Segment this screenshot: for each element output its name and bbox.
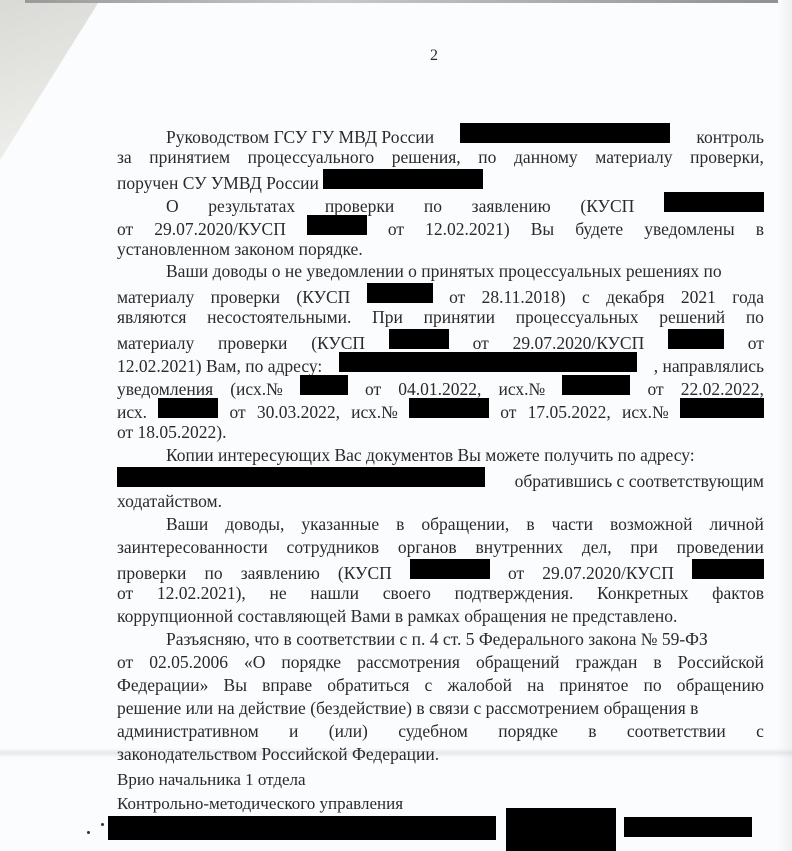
redaction-block	[389, 329, 449, 349]
redacted-initials	[624, 817, 752, 837]
text-fragment: будете	[575, 218, 623, 240]
text-line: являютсянесостоятельными.Припринятиипроц…	[117, 306, 764, 328]
redaction-block	[562, 375, 630, 395]
text-fragment: от	[473, 332, 489, 354]
text-fragment: проведении	[677, 536, 764, 558]
text-fragment: ходатайством.	[117, 490, 222, 512]
text-fragment: возможной	[610, 513, 693, 535]
text-fragment: проверки	[117, 562, 186, 584]
text-line: проверкипозаявлению(КУСПот29.07.2020/КУС…	[117, 559, 764, 584]
text-fragment: судебном	[398, 720, 468, 742]
text-fragment: решений	[659, 306, 725, 328]
redaction-block	[323, 169, 483, 189]
text-fragment: органов	[398, 536, 457, 558]
text-fragment: не	[270, 582, 287, 604]
text-line: от29.07.2020/КУСПот12.02.2021)Выбудетеув…	[117, 215, 764, 240]
redaction-block	[460, 123, 670, 143]
text-fragment: на	[527, 674, 544, 696]
text-line: материалупроверки(КУСПот29.07.2020/КУСПо…	[117, 329, 764, 354]
text-line: установленном законом порядке.	[117, 238, 764, 260]
text-line: от 18.05.2022).	[117, 421, 764, 443]
text-fragment: решения,	[392, 146, 461, 168]
text-line: уведомления(исх.№от04.01.2022,исх.№от22.…	[117, 375, 764, 400]
text-fragment: и	[289, 720, 298, 742]
redaction-block	[692, 559, 764, 579]
text-fragment: коррупционной составляющей Вами в рамках…	[117, 605, 677, 627]
text-fragment: от	[500, 401, 516, 423]
text-fragment: от	[388, 218, 404, 240]
text-fragment: от	[117, 582, 133, 604]
text-line: Разъясняю, что в соответствии с п. 4 ст.…	[166, 628, 764, 650]
text-fragment: процессуальных	[516, 306, 639, 328]
text-fragment: от	[229, 401, 245, 423]
page-number: 2	[430, 47, 438, 65]
text-fragment: проверки	[218, 332, 287, 354]
text-fragment: своего	[383, 582, 431, 604]
text-fragment: результатах	[208, 195, 295, 217]
text-fragment: внутренних	[475, 536, 563, 558]
text-fragment: от	[647, 378, 663, 400]
text-fragment: являются	[117, 306, 186, 328]
text-fragment: материалу	[117, 332, 194, 354]
text-fragment: 29.07.2020/КУСП	[513, 332, 645, 354]
text-fragment: заявлению	[472, 195, 551, 217]
text-fragment: подтверждения.	[455, 582, 574, 604]
text-fragment: обращению	[677, 674, 764, 696]
text-fragment: части	[552, 513, 593, 535]
text-fragment: по	[746, 306, 764, 328]
text-fragment: личной	[710, 513, 764, 535]
text-fragment: 28.11.2018)	[482, 286, 566, 308]
text-fragment: в	[756, 218, 764, 240]
text-line: от02.05.2006«Опорядкерассмотренияобращен…	[117, 651, 764, 673]
text-fragment: поручен СУ УМВД России	[117, 172, 319, 194]
text-fragment: от	[117, 218, 133, 240]
text-fragment: материалу	[595, 146, 672, 168]
text-fragment: Ваши доводы о не уведомлении о принятых …	[166, 260, 722, 282]
text-fragment: 2021	[681, 286, 716, 308]
redaction-block	[307, 215, 367, 235]
text-fragment: от	[508, 562, 524, 584]
text-fragment: 12.02.2021)	[425, 218, 510, 240]
text-fragment: в	[653, 651, 661, 673]
text-fragment: вправе	[262, 674, 312, 696]
text-fragment: года	[732, 286, 764, 308]
text-fragment: обращений	[476, 651, 560, 673]
text-fragment: данному	[514, 146, 578, 168]
pen-mark	[101, 823, 104, 826]
text-fragment: обратившись с соответствующим	[515, 470, 764, 492]
text-fragment: принятое	[559, 674, 628, 696]
pen-mark	[87, 831, 90, 834]
text-fragment: (КУСП	[296, 286, 350, 308]
text-fragment: Федерации»	[117, 674, 208, 696]
text-fragment: установленном законом порядке.	[117, 238, 363, 260]
redaction-block	[409, 398, 489, 418]
text-fragment: нашли	[310, 582, 359, 604]
text-line: законодательством Российской Федерации.	[117, 743, 764, 765]
text-fragment: декабря	[606, 286, 664, 308]
text-fragment: жалобой	[447, 674, 512, 696]
text-fragment: принятием	[149, 146, 230, 168]
text-line: обратившись с соответствующим	[117, 467, 764, 492]
text-fragment: в	[396, 513, 404, 535]
text-fragment: 29.07.2020/КУСП	[542, 562, 674, 584]
text-fragment: по	[424, 195, 442, 217]
text-line: решение или на действие (бездействие) в …	[117, 697, 764, 719]
redacted-signatory-name	[108, 816, 496, 840]
text-fragment: по	[478, 146, 496, 168]
text-line: коррупционной составляющей Вами в рамках…	[117, 605, 764, 627]
text-fragment: 12.02.2021),	[157, 582, 246, 604]
redaction-block	[680, 398, 764, 418]
text-fragment: проверки	[211, 286, 280, 308]
text-fragment: (или)	[329, 720, 368, 742]
text-fragment: контроль	[696, 126, 764, 148]
text-fragment: принятии	[424, 306, 495, 328]
text-fragment: административном	[117, 720, 259, 742]
text-line: исх.от30.03.2022,исх.№от17.05.2022,исх.№	[117, 398, 764, 423]
redaction-block	[158, 398, 218, 418]
signatory-position-line2: Контрольно-методического управления	[117, 793, 403, 815]
redaction-block	[117, 467, 485, 487]
text-fragment: с	[425, 674, 433, 696]
scan-background-corner	[0, 0, 100, 160]
text-fragment: граждан	[575, 651, 637, 673]
text-fragment: 04.01.2022,	[398, 378, 481, 400]
text-fragment: (КУСП	[311, 332, 365, 354]
text-fragment: исх.	[117, 401, 147, 423]
text-fragment: уведомления	[117, 378, 213, 400]
text-fragment: Российской	[678, 651, 764, 673]
text-line: Федерации»Вывправеобратитьсясжалобойнапр…	[117, 674, 764, 696]
text-fragment: по	[643, 674, 661, 696]
text-fragment: 02.05.2006	[149, 651, 228, 673]
text-fragment: соответствии	[627, 720, 726, 742]
text-fragment: по	[205, 562, 223, 584]
text-fragment: с	[756, 720, 764, 742]
text-fragment: законодательством Российской Федерации.	[117, 743, 439, 765]
text-line: материалупроверки(КУСПот28.11.2018)сдека…	[117, 283, 764, 308]
text-fragment: уведомлены	[644, 218, 734, 240]
text-fragment: исх.№	[351, 401, 398, 423]
text-fragment: от	[449, 286, 465, 308]
text-fragment: заявлению	[241, 562, 320, 584]
text-fragment: При	[372, 306, 403, 328]
text-fragment: «О	[244, 651, 265, 673]
text-fragment: 30.03.2022,	[257, 401, 340, 423]
text-line: Орезультатахпроверкипозаявлению(КУСП	[166, 192, 764, 217]
text-fragment: проверки	[325, 195, 394, 217]
redaction-block	[367, 283, 433, 303]
text-fragment: от 18.05.2022).	[117, 421, 227, 443]
text-line: заинтересованностисотрудниковоргановвнут…	[117, 536, 764, 558]
text-fragment: от	[117, 651, 133, 673]
text-fragment: исх.№	[622, 401, 669, 423]
text-fragment: (исх.№	[230, 378, 283, 400]
text-fragment: в	[526, 513, 534, 535]
redaction-block	[339, 352, 637, 372]
redacted-signature	[506, 808, 616, 851]
text-fragment: с	[582, 286, 590, 308]
text-fragment: заинтересованности	[117, 536, 268, 558]
text-fragment: исх.№	[499, 378, 546, 400]
text-line: поручен СУ УМВД России	[117, 169, 764, 194]
text-fragment: доводы,	[225, 513, 284, 535]
text-fragment: Конкретных	[597, 582, 688, 604]
text-fragment: в	[588, 720, 596, 742]
text-line: запринятиемпроцессуальногорешения,поданн…	[117, 146, 764, 168]
text-fragment: от	[748, 332, 764, 354]
text-fragment: О	[166, 195, 179, 217]
text-fragment: от	[365, 378, 381, 400]
redaction-block	[410, 559, 490, 579]
text-fragment: обратиться	[327, 674, 409, 696]
text-line: Копии интересующих Вас документов Вы мож…	[166, 444, 764, 466]
text-fragment: процессуального	[248, 146, 375, 168]
text-line: ходатайством.	[117, 490, 764, 512]
text-fragment: 17.05.2022,	[528, 401, 611, 423]
text-line: Ваши доводы о не уведомлении о принятых …	[166, 260, 764, 282]
text-fragment: Вы	[224, 674, 247, 696]
text-fragment: рассмотрения	[357, 651, 460, 673]
scan-top-edge	[25, 0, 792, 3]
text-fragment: за	[117, 146, 132, 168]
redaction-block	[664, 192, 764, 212]
text-line: Вашидоводы,указанныевобращении,вчастивоз…	[166, 513, 764, 535]
text-fragment: , направлялись	[654, 355, 764, 377]
signatory-position-line1: Врио начальника 1 отдела	[117, 769, 306, 791]
text-fragment: 12.02.2021) Вам, по адресу:	[117, 355, 322, 377]
text-fragment: 29.07.2020/КУСП	[154, 218, 286, 240]
text-fragment: порядке	[281, 651, 341, 673]
text-fragment: порядке	[498, 720, 558, 742]
text-fragment: (КУСП	[580, 195, 634, 217]
text-fragment: обращении,	[421, 513, 509, 535]
text-fragment: Копии интересующих Вас документов Вы мож…	[166, 444, 695, 466]
text-fragment: Ваши	[166, 513, 208, 535]
text-fragment: при	[630, 536, 657, 558]
text-line: от12.02.2021),ненашлисвоегоподтверждения…	[117, 582, 764, 604]
text-line: административноми(или)судебномпорядкевсо…	[117, 720, 764, 742]
text-fragment: сотрудников	[287, 536, 380, 558]
redaction-block	[300, 375, 348, 395]
text-fragment: несостоятельными.	[207, 306, 351, 328]
redaction-block	[668, 329, 724, 349]
text-fragment: (КУСП	[338, 562, 392, 584]
scan-right-edge	[778, 0, 792, 851]
text-line: Руководством ГСУ ГУ МВД Россииконтроль	[166, 123, 764, 148]
text-fragment: указанные	[301, 513, 379, 535]
text-fragment: проверки,	[690, 146, 764, 168]
text-fragment: материалу	[117, 286, 194, 308]
text-line: 12.02.2021) Вам, по адресу:, направлялис…	[117, 352, 764, 377]
text-fragment: Разъясняю, что в соответствии с п. 4 ст.…	[166, 628, 708, 650]
text-fragment: решение или на действие (бездействие) в …	[117, 697, 698, 719]
text-fragment: Руководством ГСУ ГУ МВД России	[166, 126, 434, 148]
text-fragment: Вы	[531, 218, 554, 240]
text-fragment: фактов	[712, 582, 764, 604]
text-fragment: дел,	[582, 536, 612, 558]
text-fragment: 22.02.2022,	[681, 378, 764, 400]
